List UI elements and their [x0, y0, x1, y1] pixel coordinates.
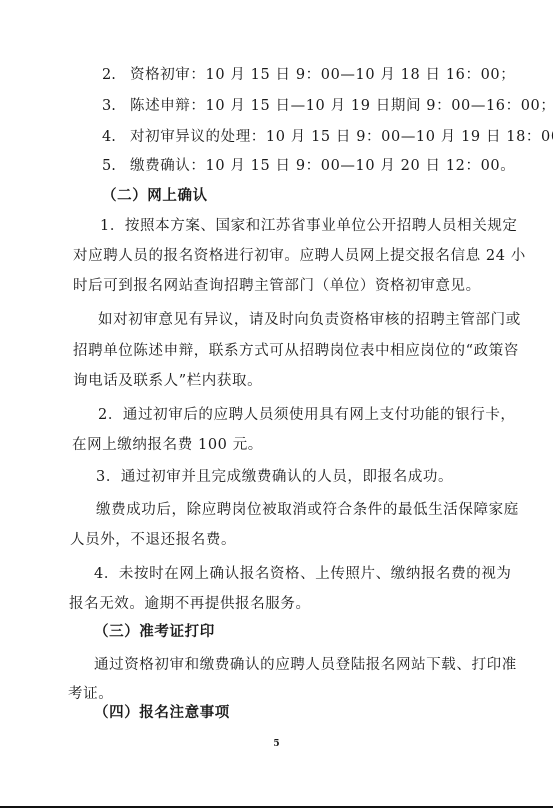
- page-number: 5: [0, 738, 553, 750]
- section-heading: （四）报名注意事项: [94, 703, 230, 723]
- paragraph-line: 如对初审意见有异议，请及时向负责资格审核的招聘主管部门或: [98, 310, 521, 330]
- paragraph-line: 人员外，不退还报名费。: [70, 530, 236, 550]
- paragraph-line: 对应聘人员的报名资格进行初审。应聘人员网上提交报名信息 24 小: [73, 246, 526, 266]
- paragraph-line: 通过资格初审和缴费确认的应聘人员登陆报名网站下载、打印准: [94, 655, 517, 675]
- schedule-item-number: 2.: [102, 65, 116, 85]
- schedule-item-number: 5.: [102, 156, 116, 176]
- schedule-item-text: 缴费确认：10 月 15 日 9：00—10 月 20 日 12：00。: [130, 156, 515, 176]
- schedule-item-text: 陈述申辩：10 月 15 日—10 月 19 日期间 9：00—16：00；: [130, 96, 553, 116]
- paragraph-line: 2．通过初审后的应聘人员须使用具有网上支付功能的银行卡，: [98, 405, 516, 425]
- paragraph-line: 时后可到报名网站查询招聘主管部门（单位）资格初审意见。: [73, 276, 481, 296]
- paragraph-line: 缴费成功后，除应聘岗位被取消或符合条件的最低生活保障家庭: [96, 500, 519, 520]
- section-heading: （二）网上确认: [102, 186, 208, 206]
- schedule-item-number: 4.: [102, 127, 116, 147]
- paragraph-line: 3．通过初审并且完成缴费确认的人员，即报名成功。: [96, 467, 453, 487]
- schedule-item-text: 资格初审：10 月 15 日 9：00—10 月 18 日 16：00；: [130, 65, 515, 85]
- schedule-item-text: 对初审异议的处理：10 月 15 日 9：00—10 月 19 日 18：00；: [130, 127, 553, 147]
- paragraph-line: 招聘单位陈述申辩，联系方式可从招聘岗位表中相应岗位的“政策咨: [73, 341, 519, 361]
- document-page: 2. 资格初审：10 月 15 日 9：00—10 月 18 日 16：00； …: [0, 0, 553, 808]
- section-heading: （三）准考证打印: [94, 622, 215, 642]
- paragraph-line: 报名无效。逾期不再提供报名服务。: [69, 594, 311, 614]
- paragraph-line: 4．未按时在网上确认报名资格、上传照片、缴纳报名费的视为: [94, 564, 512, 584]
- paragraph-line: 询电话及联系人”栏内获取。: [73, 371, 262, 391]
- schedule-item-number: 3.: [102, 96, 116, 116]
- paragraph-line: 考证。: [68, 684, 113, 704]
- paragraph-line: 1．按照本方案、国家和江苏省事业单位公开招聘人员相关规定: [100, 216, 518, 236]
- paragraph-line: 在网上缴纳报名费 100 元。: [72, 435, 263, 455]
